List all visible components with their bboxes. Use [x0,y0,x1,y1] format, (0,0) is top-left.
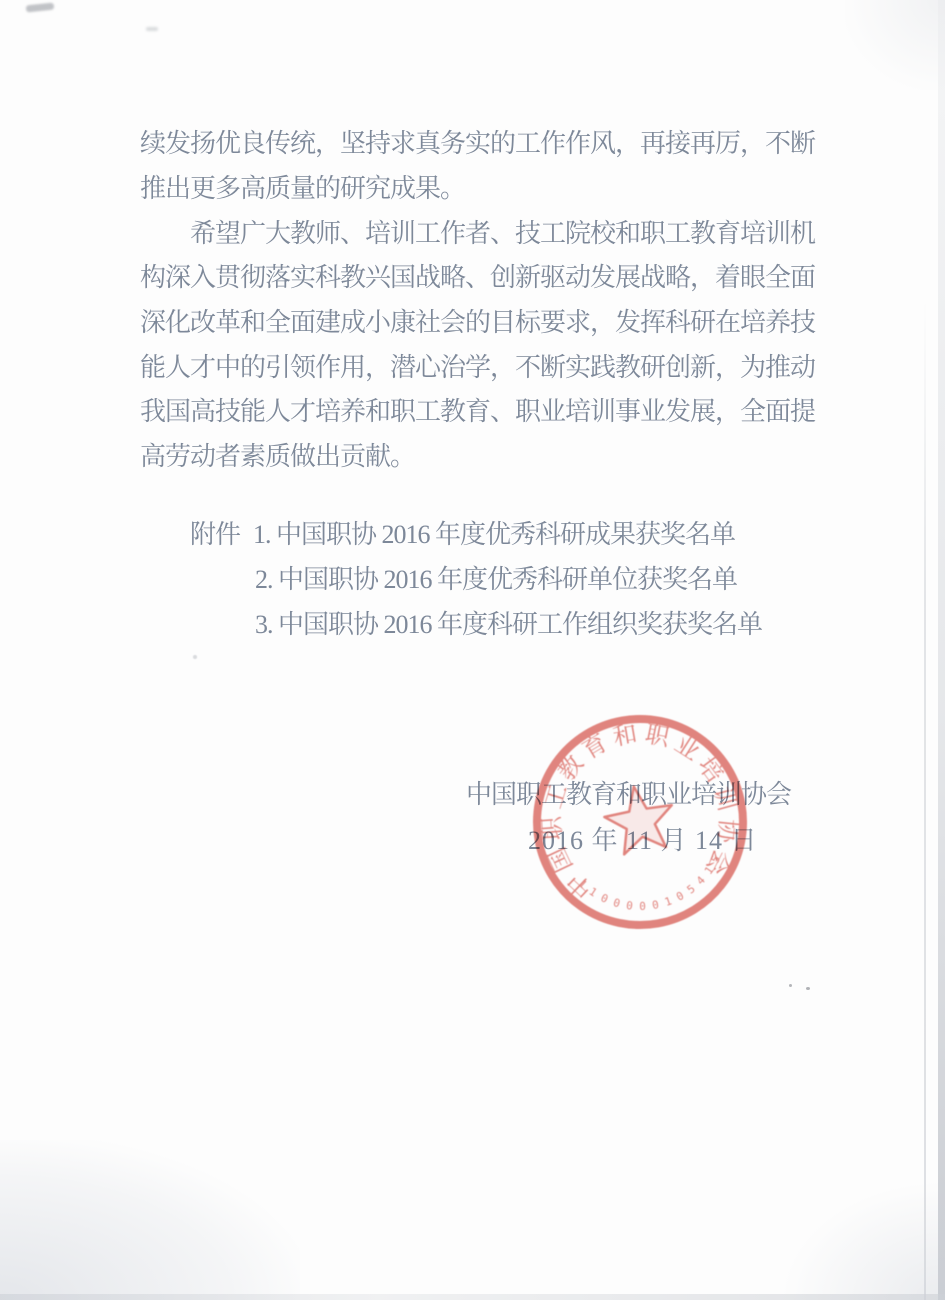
attachment-item: 3. 中国职协 2016 年度科研工作组织奖获奖名单 [255,609,762,641]
scan-speck [806,987,810,990]
scan-smudge [146,27,158,31]
scan-shadow [0,1140,300,1300]
body-line: 我国高技能人才培养和职工教育、职业培训事业发展，全面提 [140,396,815,428]
body-line: 希望广大教师、培训工作者、技工院校和职工教育培训机 [190,218,815,250]
attachments-label: 附件 [190,520,240,549]
scan-speck [789,984,792,987]
body-line: 推出更多高质量的研究成果。 [140,173,465,205]
scan-speck [193,655,197,659]
scan-shadow [845,0,945,90]
seal-star-icon [600,781,679,857]
scan-edge-line [924,300,926,1300]
body-line: 续发扬优良传统，坚持求真务实的工作作风，再接再厉，不断 [140,128,815,160]
body-line: 构深入贯彻落实科教兴国战略、创新驱动发展战略，着眼全面 [140,262,815,294]
body-line: 高劳动者素质做出贡献。 [140,441,415,473]
body-line: 能人才中的引领作用，潜心治学，不断实践教研创新，为推动 [140,352,815,384]
scan-shadow [780,1180,945,1300]
official-seal: 中国职工教育和职业培训协会 1100000105415 [510,692,770,952]
attachments-line: 附件1. 中国职协 2016 年度优秀科研成果获奖名单 [190,519,735,551]
scan-edge-strip [938,0,945,1300]
scanned-document-page: 续发扬优良传统，坚持求真务实的工作作风，再接再厉，不断 推出更多高质量的研究成果… [0,0,945,1300]
scan-smudge [26,3,55,13]
body-line: 深化改革和全面建成小康社会的目标要求，发挥科研在培养技 [140,307,815,339]
attachment-item: 1. 中国职协 2016 年度优秀科研成果获奖名单 [253,520,735,549]
attachment-item: 2. 中国职协 2016 年度优秀科研单位获奖名单 [255,564,737,596]
